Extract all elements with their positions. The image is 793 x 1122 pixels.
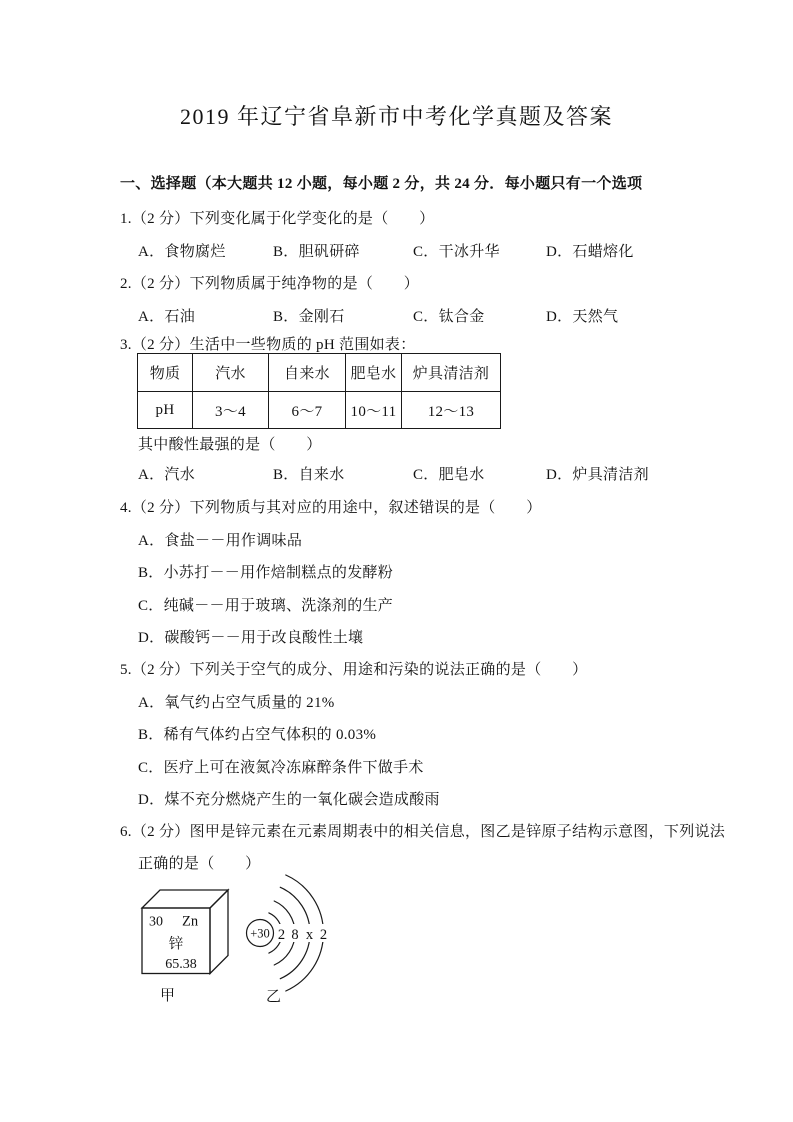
question-5-option-a: A．氧气约占空气质量的 21% — [138, 695, 335, 712]
question-5-option-d: D．煤不充分燃烧产生的一氧化碳会造成酸雨 — [138, 792, 440, 809]
figure-label-yi: 乙 — [266, 989, 281, 1005]
question-3-stem: 3.（2 分）生活中一些物质的 pH 范围如表： — [120, 337, 416, 354]
question-4-option-b: B．小苏打－－用作焙制糕点的发酵粉 — [138, 565, 393, 582]
table-cell: 炉具清洁剂 — [402, 354, 501, 392]
zinc-element-figure: 30 Zn 锌 65.38 甲 +30 2 8 x 2 乙 — [128, 866, 343, 1010]
question-4-option-a: A．食盐－－用作调味品 — [138, 533, 302, 550]
question-2-stem: 2.（2 分）下列物质属于纯净物的是（ ） — [120, 276, 419, 293]
table-cell: 12～13 — [402, 392, 501, 429]
table-header-row: 物质 汽水 自来水 肥皂水 炉具清洁剂 — [138, 354, 501, 392]
question-1-stem: 1.（2 分）下列变化属于化学变化的是（ ） — [120, 211, 434, 228]
question-2-option-b: B．金刚石 — [273, 309, 345, 326]
question-3-option-a: A．汽水 — [138, 467, 195, 484]
atomic-mass-text: 65.38 — [165, 957, 197, 972]
shell-count-1: 2 — [278, 927, 285, 943]
exam-document-page: 2019 年辽宁省阜新市中考化学真题及答案 一、选择题（本大题共 12 小题，每… — [0, 0, 793, 1122]
shell-count-3: x — [306, 927, 314, 943]
section-header: 一、选择题（本大题共 12 小题，每小题 2 分，共 24 分．每小题只有一个选… — [120, 176, 642, 193]
question-5-stem: 5.（2 分）下列关于空气的成分、用途和污染的说法正确的是（ ） — [120, 662, 587, 679]
table-cell: 肥皂水 — [346, 354, 402, 392]
shell-electron-counts: 2 8 x 2 — [276, 924, 330, 943]
shell-count-2: 8 — [291, 927, 298, 943]
atomic-number-text: 30 — [149, 915, 163, 930]
nucleus-charge-text: +30 — [250, 927, 270, 941]
question-1-option-c: C．干冰升华 — [413, 244, 500, 261]
question-2-option-a: A．石油 — [138, 309, 195, 326]
table-cell: 汽水 — [193, 354, 269, 392]
question-2-option-d: D．天然气 — [546, 309, 618, 326]
shell-count-4: 2 — [320, 927, 327, 943]
question-1-option-a: A．食物腐烂 — [138, 244, 226, 261]
table-cell: 6～7 — [269, 392, 346, 429]
table-cell: pH — [138, 392, 193, 429]
element-name-text: 锌 — [169, 936, 184, 953]
question-5-option-b: B．稀有气体约占空气体积的 0.03% — [138, 727, 376, 744]
figure-label-jia: 甲 — [160, 987, 175, 1004]
table-cell: 物质 — [138, 354, 193, 392]
question-3-option-d: D．炉具清洁剂 — [546, 467, 649, 484]
question-4-stem: 4.（2 分）下列物质与其对应的用途中，叙述错误的是（ ） — [120, 500, 542, 517]
cube-top-face — [142, 890, 228, 908]
ph-range-table: 物质 汽水 自来水 肥皂水 炉具清洁剂 pH 3～4 6～7 10～11 12～… — [137, 353, 501, 429]
table-cell: 10～11 — [346, 392, 402, 429]
table-cell: 3～4 — [193, 392, 269, 429]
question-4-option-c: C．纯碱－－用于玻璃、洗涤剂的生产 — [138, 598, 393, 615]
question-1-option-b: B．胆矾研碎 — [273, 244, 360, 261]
page-title: 2019 年辽宁省阜新市中考化学真题及答案 — [0, 100, 793, 131]
table-cell: 自来水 — [269, 354, 346, 392]
question-3-option-c: C．肥皂水 — [413, 467, 485, 484]
question-3-followup: 其中酸性最强的是（ ） — [138, 437, 322, 454]
question-4-option-d: D．碳酸钙－－用于改良酸性土壤 — [138, 630, 363, 647]
question-3-option-b: B．自来水 — [273, 467, 345, 484]
cube-right-face — [210, 890, 228, 974]
question-5-option-c: C．医疗上可在液氮冷冻麻醉条件下做手术 — [138, 760, 424, 777]
question-6-stem-line1: 6.（2 分）图甲是锌元素在元素周期表中的相关信息，图乙是锌原子结构示意图，下列… — [120, 824, 725, 841]
table-data-row: pH 3～4 6～7 10～11 12～13 — [138, 392, 501, 429]
question-2-option-c: C．钛合金 — [413, 309, 485, 326]
element-symbol-text: Zn — [182, 914, 199, 930]
question-1-option-d: D．石蜡熔化 — [546, 244, 634, 261]
